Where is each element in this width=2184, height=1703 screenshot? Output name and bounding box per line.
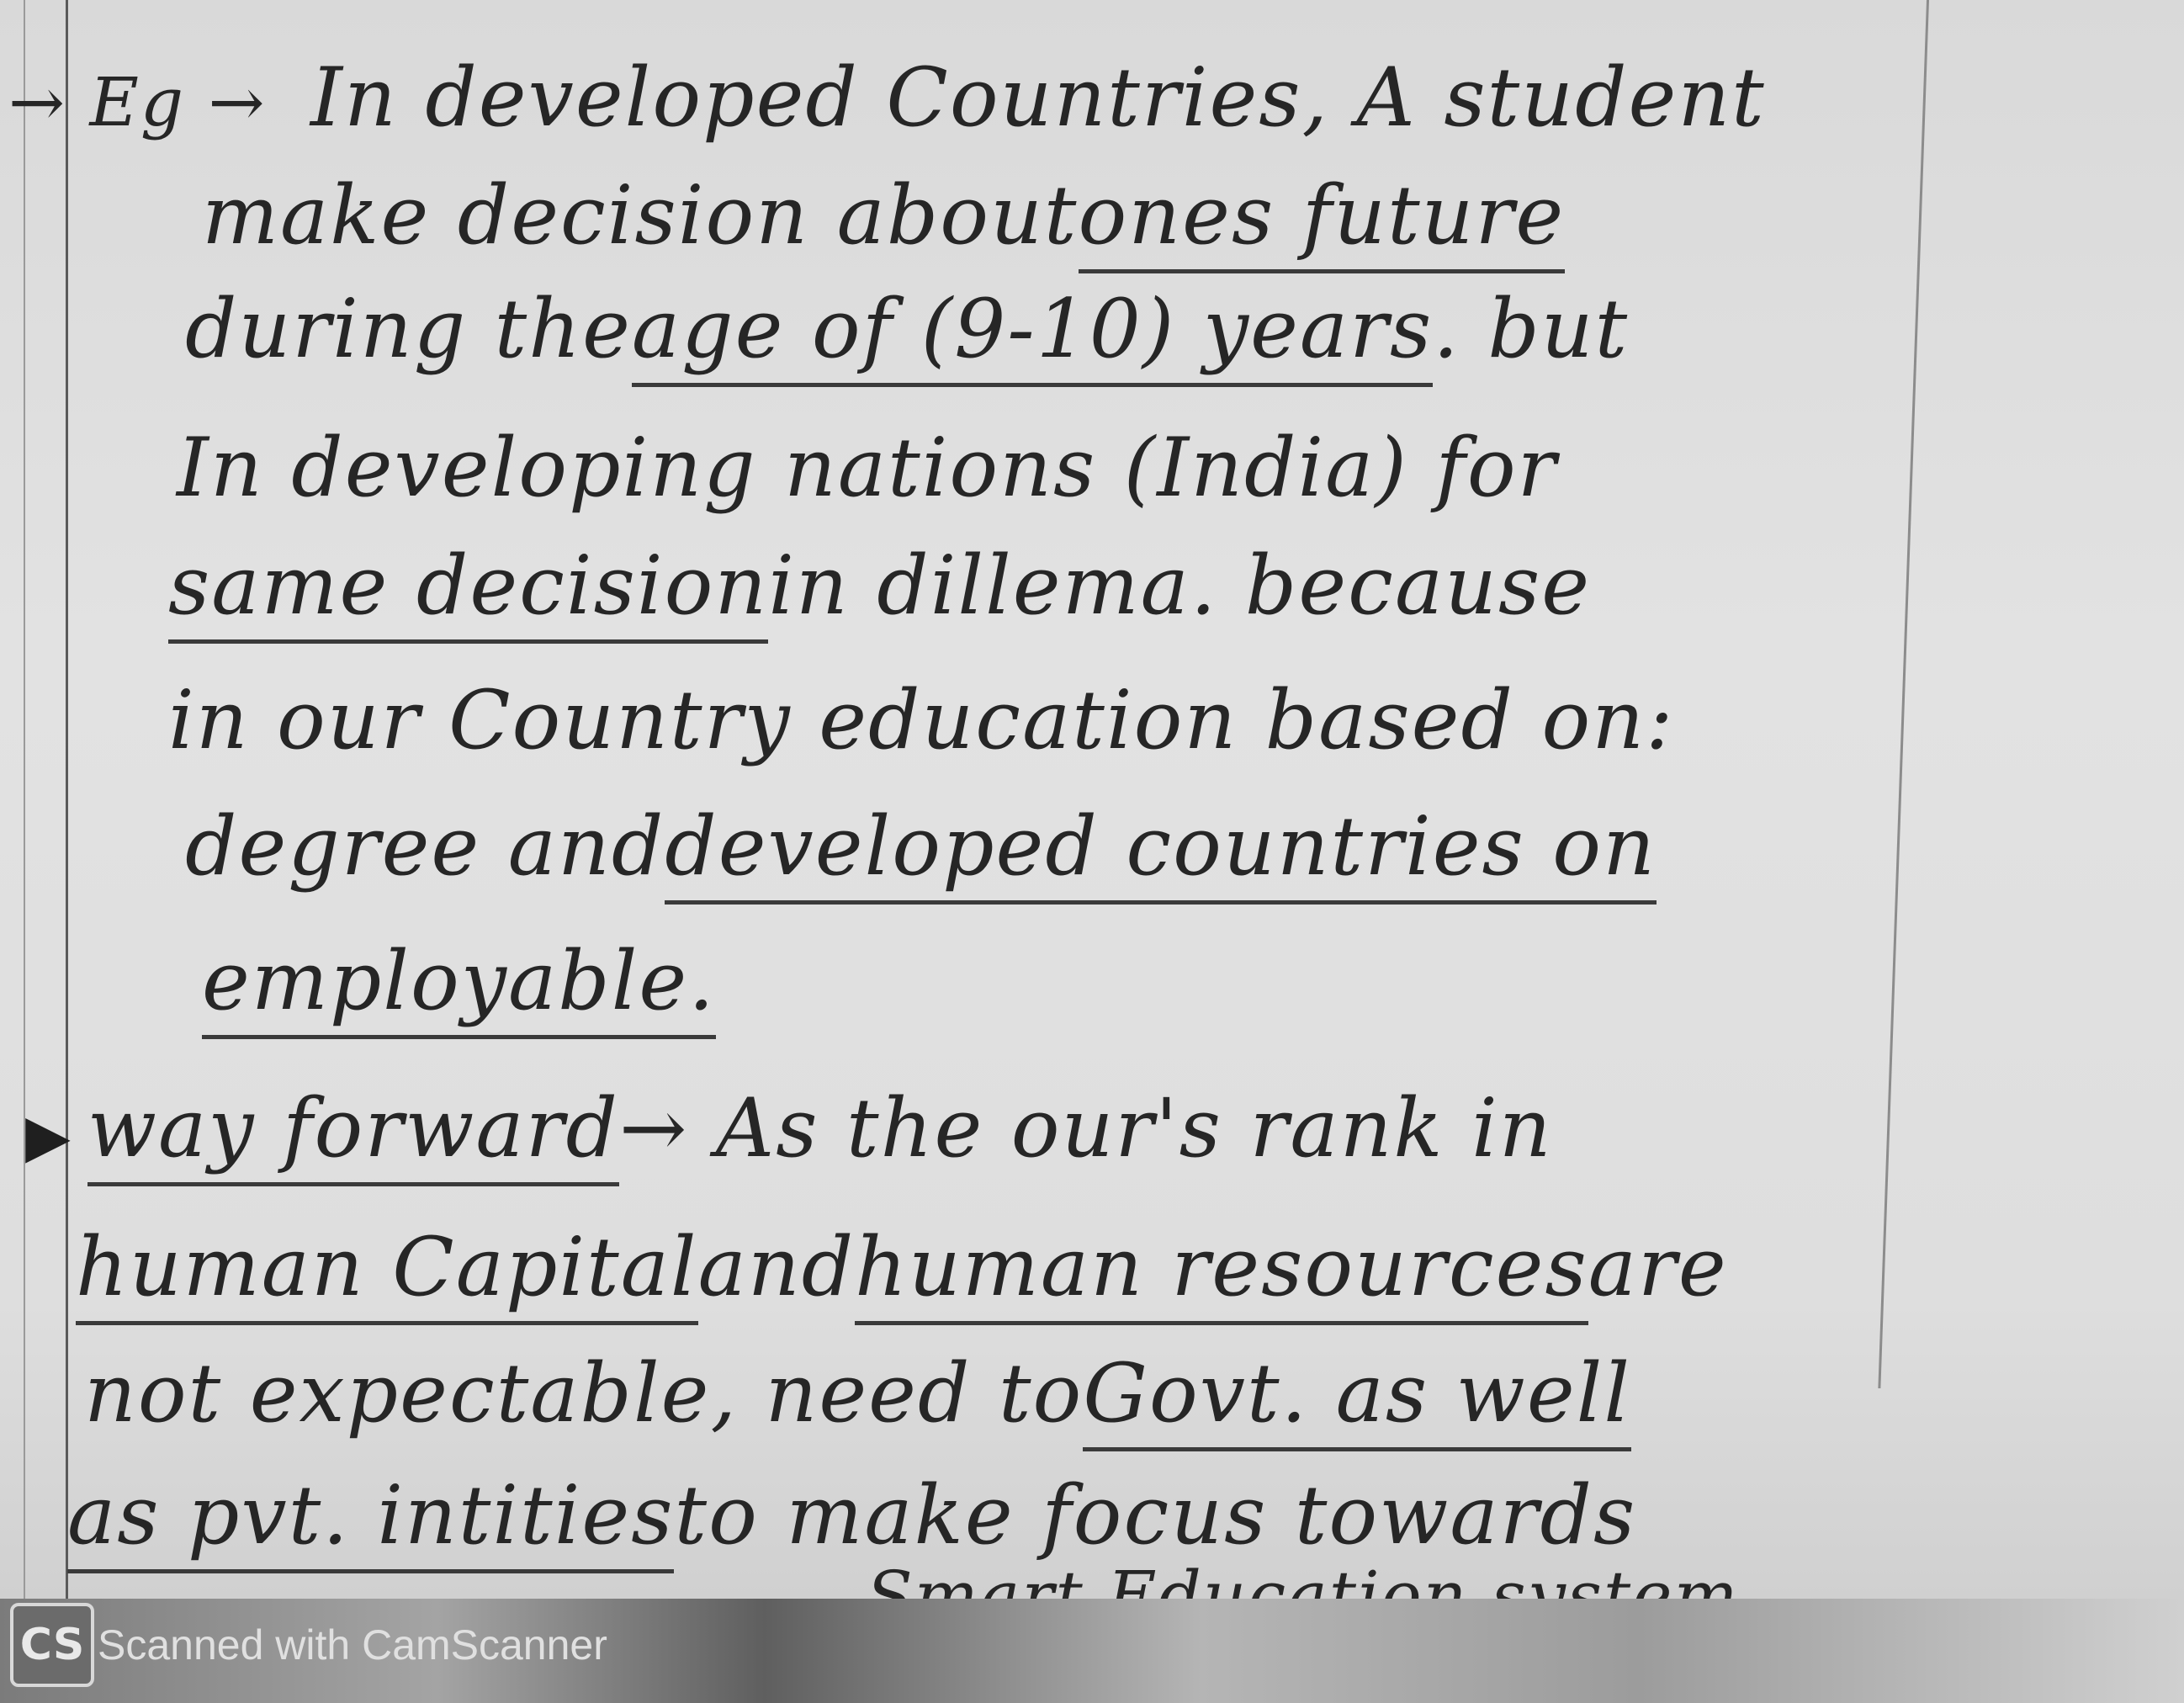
left-margin-line bbox=[66, 0, 68, 1624]
camscanner-watermark: CS Scanned with CamScanner bbox=[10, 1603, 607, 1687]
watermark-text: Scanned with CamScanner bbox=[98, 1621, 607, 1669]
bullet-arrow-icon: ▶ bbox=[25, 1101, 72, 1170]
page-edge-line bbox=[24, 0, 25, 1624]
note-line-10: human Capital and human resources are bbox=[76, 1220, 2184, 1325]
notebook-page: → Eg → In developed Countries, A student… bbox=[0, 0, 2184, 1624]
note-line-11: not expectable, need to Govt. as well bbox=[84, 1346, 2184, 1451]
note-line-3: during the age of (9-10) years. but bbox=[185, 282, 2184, 387]
note-line-8: employable. bbox=[202, 934, 2184, 1039]
note-line-5: same decision in dillema. because bbox=[168, 538, 2184, 644]
note-line-7: degree and developed countries on bbox=[185, 799, 2184, 905]
note-line-9: ▶way forward → As the our's rank in bbox=[25, 1081, 2184, 1186]
note-line-4: In developing nations (India) for bbox=[177, 421, 2184, 515]
eg-prefix: → Eg → bbox=[8, 63, 267, 141]
note-line-2: make decision about ones future bbox=[202, 168, 2184, 273]
note-line-6: in our Country education based on: bbox=[168, 673, 2184, 767]
camscanner-logo-icon: CS bbox=[10, 1603, 94, 1687]
note-line-1: → Eg → In developed Countries, A student bbox=[8, 50, 2184, 145]
